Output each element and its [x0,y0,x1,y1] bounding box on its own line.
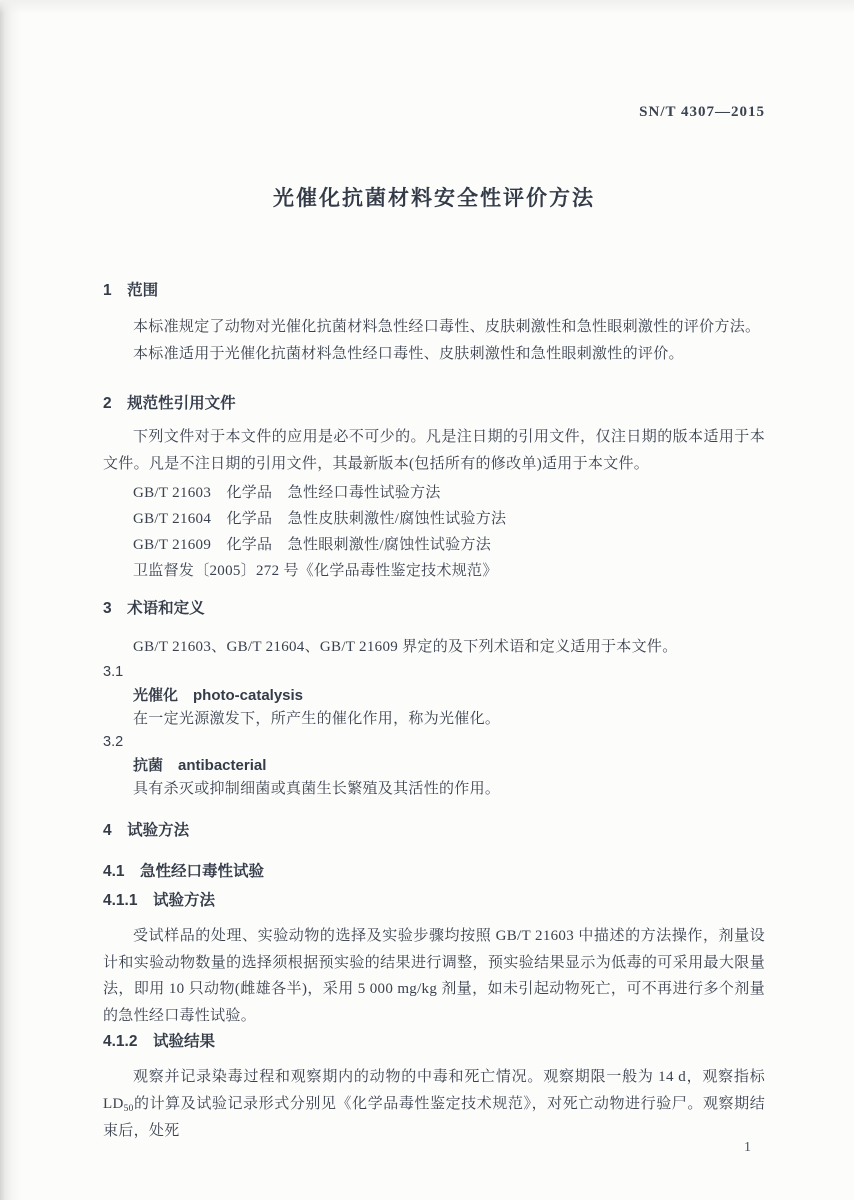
section-1-heading: 1 范围 [103,280,765,302]
page-number: 1 [103,1139,765,1157]
section-4-heading: 4 试验方法 [103,820,765,842]
term-3-2-name: 抗菌 antibacterial [133,754,765,777]
reference-item: 卫监督发〔2005〕272 号《化学品毒性鉴定技术规范》 [133,558,765,584]
section-4-1-2-heading: 4.1.2 试验结果 [103,1031,765,1053]
reference-item: GB/T 21603 化学品 急性经口毒性试验方法 [133,480,765,506]
section-1-paragraph-2: 本标准适用于光催化抗菌材料急性经口毒性、皮肤刺激性和急性眼刺激性的评价。 [103,341,765,368]
normative-reference-list: GB/T 21603 化学品 急性经口毒性试验方法 GB/T 21604 化学品… [103,480,765,584]
scan-edge-shadow [0,0,22,1200]
term-3-1-name: 光催化 photo-catalysis [133,684,765,707]
section-3-paragraph-1: GB/T 21603、GB/T 21604、GB/T 21609 界定的及下列术… [103,634,765,661]
term-3-2-number: 3.2 [103,731,765,754]
section-2-heading: 2 规范性引用文件 [103,393,765,415]
section-2-paragraph-1: 下列文件对于本文件的应用是必不可少的。凡是注日期的引用文件，仅注日期的版本适用于… [103,424,765,478]
section-3-heading: 3 术语和定义 [103,598,765,620]
reference-item: GB/T 21609 化学品 急性眼刺激性/腐蚀性试验方法 [133,532,765,558]
term-3-1-number: 3.1 [103,661,765,684]
section-4-1-1-paragraph: 受试样品的处理、实验动物的选择及实验步骤均按照 GB/T 21603 中描述的方… [103,923,765,1029]
section-4-1-heading: 4.1 急性经口毒性试验 [103,861,765,883]
section-4-1-2-paragraph: 观察并记录染毒过程和观察期内的动物的中毒和死亡情况。观察期限一般为 14 d，观… [103,1064,765,1145]
document-title: 光催化抗菌材料安全性评价方法 [103,184,765,214]
paragraph-text-after-subscript: 的计算及试验记录形式分别见《化学品毒性鉴定技术规范》，对死亡动物进行验尸。观察期… [103,1096,765,1139]
term-3-2-definition: 具有杀灭或抑制细菌或真菌生长繁殖及其活性的作用。 [133,777,765,801]
section-1-paragraph-1: 本标准规定了动物对光催化抗菌材料急性经口毒性、皮肤刺激性和急性眼刺激性的评价方法… [103,314,765,341]
ld50-subscript: 50 [124,1104,134,1114]
document-page: SN/T 4307—2015 光催化抗菌材料安全性评价方法 1 范围 本标准规定… [0,0,854,1200]
standard-code: SN/T 4307—2015 [103,0,765,121]
term-3-1-definition: 在一定光源激发下，所产生的催化作用，称为光催化。 [133,707,765,731]
reference-item: GB/T 21604 化学品 急性皮肤刺激性/腐蚀性试验方法 [133,506,765,532]
section-4-1-1-heading: 4.1.1 试验方法 [103,890,765,912]
